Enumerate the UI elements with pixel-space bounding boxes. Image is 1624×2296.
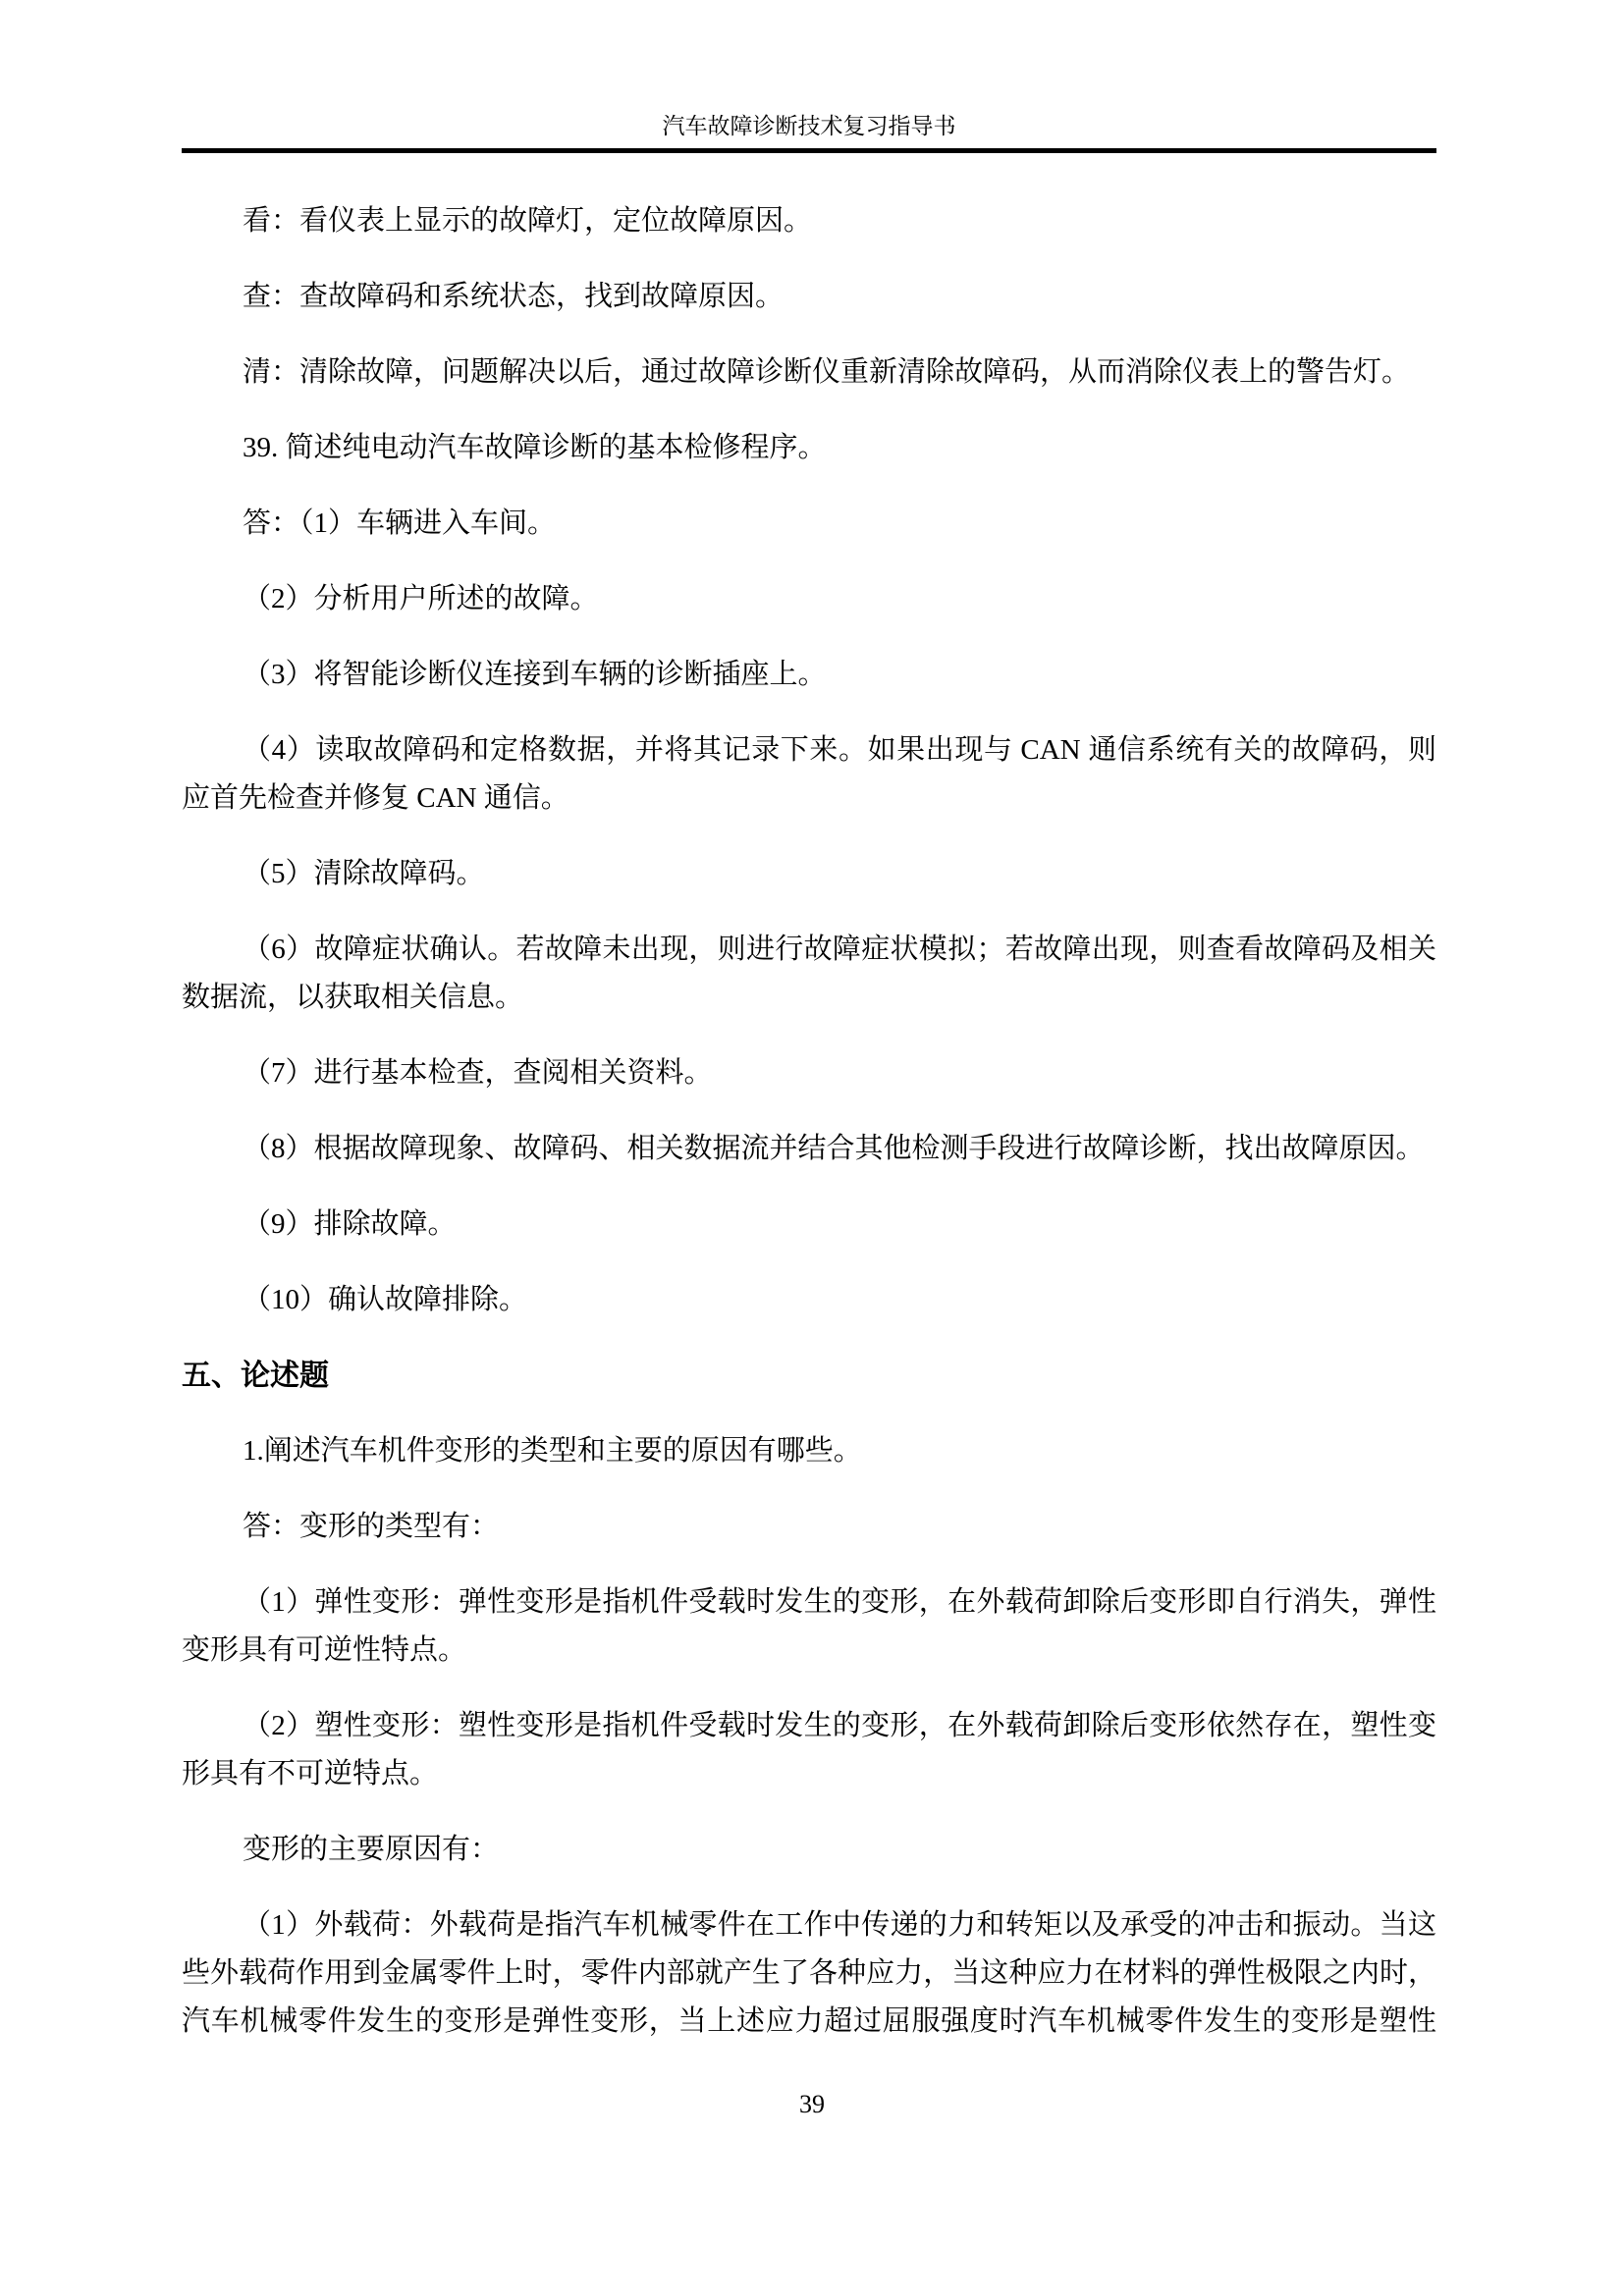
- text-line: 查：查故障码和系统状态，找到故障原因。: [182, 273, 1436, 321]
- paragraph: （7）进行基本检查，查阅相关资料。: [182, 1049, 1436, 1097]
- text-line: 答：（1）车辆进入车间。: [182, 500, 1436, 548]
- paragraph: （3）将智能诊断仪连接到车辆的诊断插座上。: [182, 651, 1436, 699]
- text-line: （10）确认故障排除。: [182, 1276, 1436, 1324]
- paragraph: 看：看仪表上显示的故障灯，定位故障原因。: [182, 197, 1436, 245]
- paragraph: （1）外载荷：外载荷是指汽车机械零件在工作中传递的力和转矩以及承受的冲击和振动。…: [182, 1901, 1436, 2046]
- document-body: 看：看仪表上显示的故障灯，定位故障原因。查：查故障码和系统状态，找到故障原因。清…: [182, 197, 1436, 2073]
- paragraph: 39. 简述纯电动汽车故障诊断的基本检修程序。: [182, 424, 1436, 472]
- paragraph: （9）排除故障。: [182, 1201, 1436, 1249]
- paragraph: （4）读取故障码和定格数据，并将其记录下来。如果出现与 CAN 通信系统有关的故…: [182, 726, 1436, 823]
- paragraph: 1.阐述汽车机件变形的类型和主要的原因有哪些。: [182, 1427, 1436, 1475]
- paragraph: （5）清除故障码。: [182, 850, 1436, 898]
- page-header: 汽车故障诊断技术复习指导书: [182, 112, 1436, 141]
- paragraph: （2）塑性变形：塑性变形是指机件受载时发生的变形，在外载荷卸除后变形依然存在，塑…: [182, 1702, 1436, 1798]
- text-line: 五、论述题: [182, 1352, 1436, 1400]
- text-line: 清：清除故障，问题解决以后，通过故障诊断仪重新清除故障码，从而消除仪表上的警告灯…: [182, 348, 1436, 397]
- text-line: 答：变形的类型有：: [182, 1503, 1436, 1551]
- text-line: （1）外载荷：外载荷是指汽车机械零件在工作中传递的力和转矩以及承受的冲击和振动。…: [182, 1901, 1436, 1949]
- paragraph: 答：（1）车辆进入车间。: [182, 500, 1436, 548]
- section-heading: 五、论述题: [182, 1352, 1436, 1400]
- paragraph: （8）根据故障现象、故障码、相关数据流并结合其他检测手段进行故障诊断，找出故障原…: [182, 1125, 1436, 1173]
- paragraph: （2）分析用户所述的故障。: [182, 575, 1436, 623]
- text-line: 应首先检查并修复 CAN 通信。: [182, 774, 1436, 823]
- text-line: （2）分析用户所述的故障。: [182, 575, 1436, 623]
- text-line: （6）故障症状确认。若故障未出现，则进行故障症状模拟；若故障出现，则查看故障码及…: [182, 926, 1436, 974]
- text-line: （9）排除故障。: [182, 1201, 1436, 1249]
- text-line: 汽车机械零件发生的变形是弹性变形，当上述应力超过屈服强度时汽车机械零件发生的变形…: [182, 1998, 1436, 2046]
- page-footer: 39: [0, 2089, 1624, 2120]
- text-line: 形具有不可逆特点。: [182, 1750, 1436, 1798]
- text-line: （5）清除故障码。: [182, 850, 1436, 898]
- text-line: 39. 简述纯电动汽车故障诊断的基本检修程序。: [182, 424, 1436, 472]
- paragraph: （6）故障症状确认。若故障未出现，则进行故障症状模拟；若故障出现，则查看故障码及…: [182, 926, 1436, 1022]
- header-title: 汽车故障诊断技术复习指导书: [663, 114, 956, 138]
- text-line: 变形具有可逆性特点。: [182, 1627, 1436, 1675]
- page-number: 39: [799, 2090, 825, 2118]
- text-line: （8）根据故障现象、故障码、相关数据流并结合其他检测手段进行故障诊断，找出故障原…: [182, 1125, 1436, 1173]
- document-page: 汽车故障诊断技术复习指导书 看：看仪表上显示的故障灯，定位故障原因。查：查故障码…: [0, 0, 1624, 2296]
- paragraph: 清：清除故障，问题解决以后，通过故障诊断仪重新清除故障码，从而消除仪表上的警告灯…: [182, 348, 1436, 397]
- text-line: 1.阐述汽车机件变形的类型和主要的原因有哪些。: [182, 1427, 1436, 1475]
- paragraph: （1）弹性变形：弹性变形是指机件受载时发生的变形，在外载荷卸除后变形即自行消失，…: [182, 1578, 1436, 1675]
- paragraph: 变形的主要原因有：: [182, 1826, 1436, 1874]
- paragraph: （10）确认故障排除。: [182, 1276, 1436, 1324]
- text-line: （7）进行基本检查，查阅相关资料。: [182, 1049, 1436, 1097]
- text-line: （1）弹性变形：弹性变形是指机件受载时发生的变形，在外载荷卸除后变形即自行消失，…: [182, 1578, 1436, 1627]
- paragraph: 查：查故障码和系统状态，找到故障原因。: [182, 273, 1436, 321]
- text-line: 看：看仪表上显示的故障灯，定位故障原因。: [182, 197, 1436, 245]
- header-rule: [182, 148, 1436, 153]
- text-line: 数据流，以获取相关信息。: [182, 974, 1436, 1022]
- paragraph: 答：变形的类型有：: [182, 1503, 1436, 1551]
- text-line: （4）读取故障码和定格数据，并将其记录下来。如果出现与 CAN 通信系统有关的故…: [182, 726, 1436, 774]
- text-line: （3）将智能诊断仪连接到车辆的诊断插座上。: [182, 651, 1436, 699]
- text-line: 变形的主要原因有：: [182, 1826, 1436, 1874]
- text-line: 些外载荷作用到金属零件上时，零件内部就产生了各种应力，当这种应力在材料的弹性极限…: [182, 1949, 1436, 1998]
- text-line: （2）塑性变形：塑性变形是指机件受载时发生的变形，在外载荷卸除后变形依然存在，塑…: [182, 1702, 1436, 1750]
